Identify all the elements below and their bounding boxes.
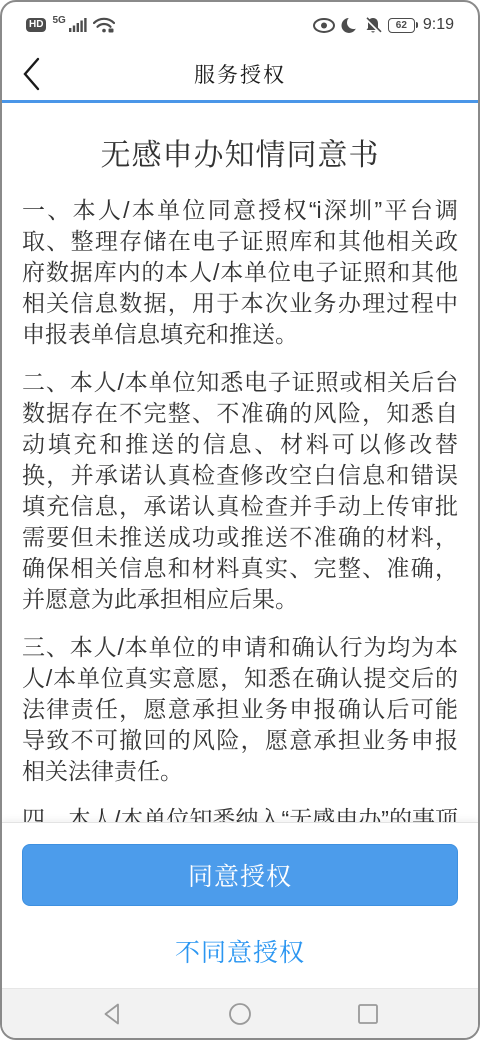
consent-paragraph-4: 四、本人/本单位知悉纳入“无感申办”的事项的部分业务情形不适用“无感申办”，知悉… [22,804,458,822]
eye-comfort-icon [313,18,335,33]
consent-paragraph-1: 一、本人/本单位同意授权“i深圳”平台调取、整理存储在电子证照库和其他相关政府数… [22,195,458,350]
document-title: 无感申办知情同意书 [22,130,458,174]
status-bar-right: 62 9:19 [313,16,454,34]
back-button[interactable] [16,48,48,100]
chevron-left-icon [22,57,42,91]
page-title: 服务授权 [194,59,286,89]
phone-screen: HD 5G [0,0,480,1040]
nav-home-button[interactable] [223,997,257,1031]
nav-recents-button[interactable] [351,997,385,1031]
battery-icon: 62 [388,18,415,33]
wifi-icon [93,17,115,33]
status-bar: HD 5G [2,2,478,48]
status-bar-left: HD 5G [26,17,115,33]
back-triangle-icon [100,1001,126,1027]
do-not-disturb-moon-icon [341,17,358,34]
consent-scroll-area[interactable]: 无感申办知情同意书 一、本人/本单位同意授权“i深圳”平台调取、整理存储在电子证… [2,103,478,822]
action-panel: 同意授权 不同意授权 [2,822,478,988]
agree-button[interactable]: 同意授权 [22,844,458,906]
home-circle-icon [227,1001,253,1027]
signal-strength-icon [69,18,87,32]
status-time: 9:19 [423,16,454,34]
recents-square-icon [355,1001,381,1027]
hd-badge: HD [26,18,46,32]
consent-paragraph-2: 二、本人/本单位知悉电子证照或相关后台数据存在不完整、不准确的风险，知悉自动填充… [22,367,458,615]
battery-level: 62 [396,20,407,31]
app-header: 服务授权 [2,48,478,103]
android-nav-bar [2,988,478,1038]
nav-back-button[interactable] [96,997,130,1031]
notifications-muted-icon [364,17,382,34]
consent-paragraph-3: 三、本人/本单位的申请和确认行为均为本人/本单位真实意愿，知悉在确认提交后的法律… [22,632,458,787]
disagree-link[interactable]: 不同意授权 [175,933,305,969]
network-type-label: 5G [52,15,65,26]
